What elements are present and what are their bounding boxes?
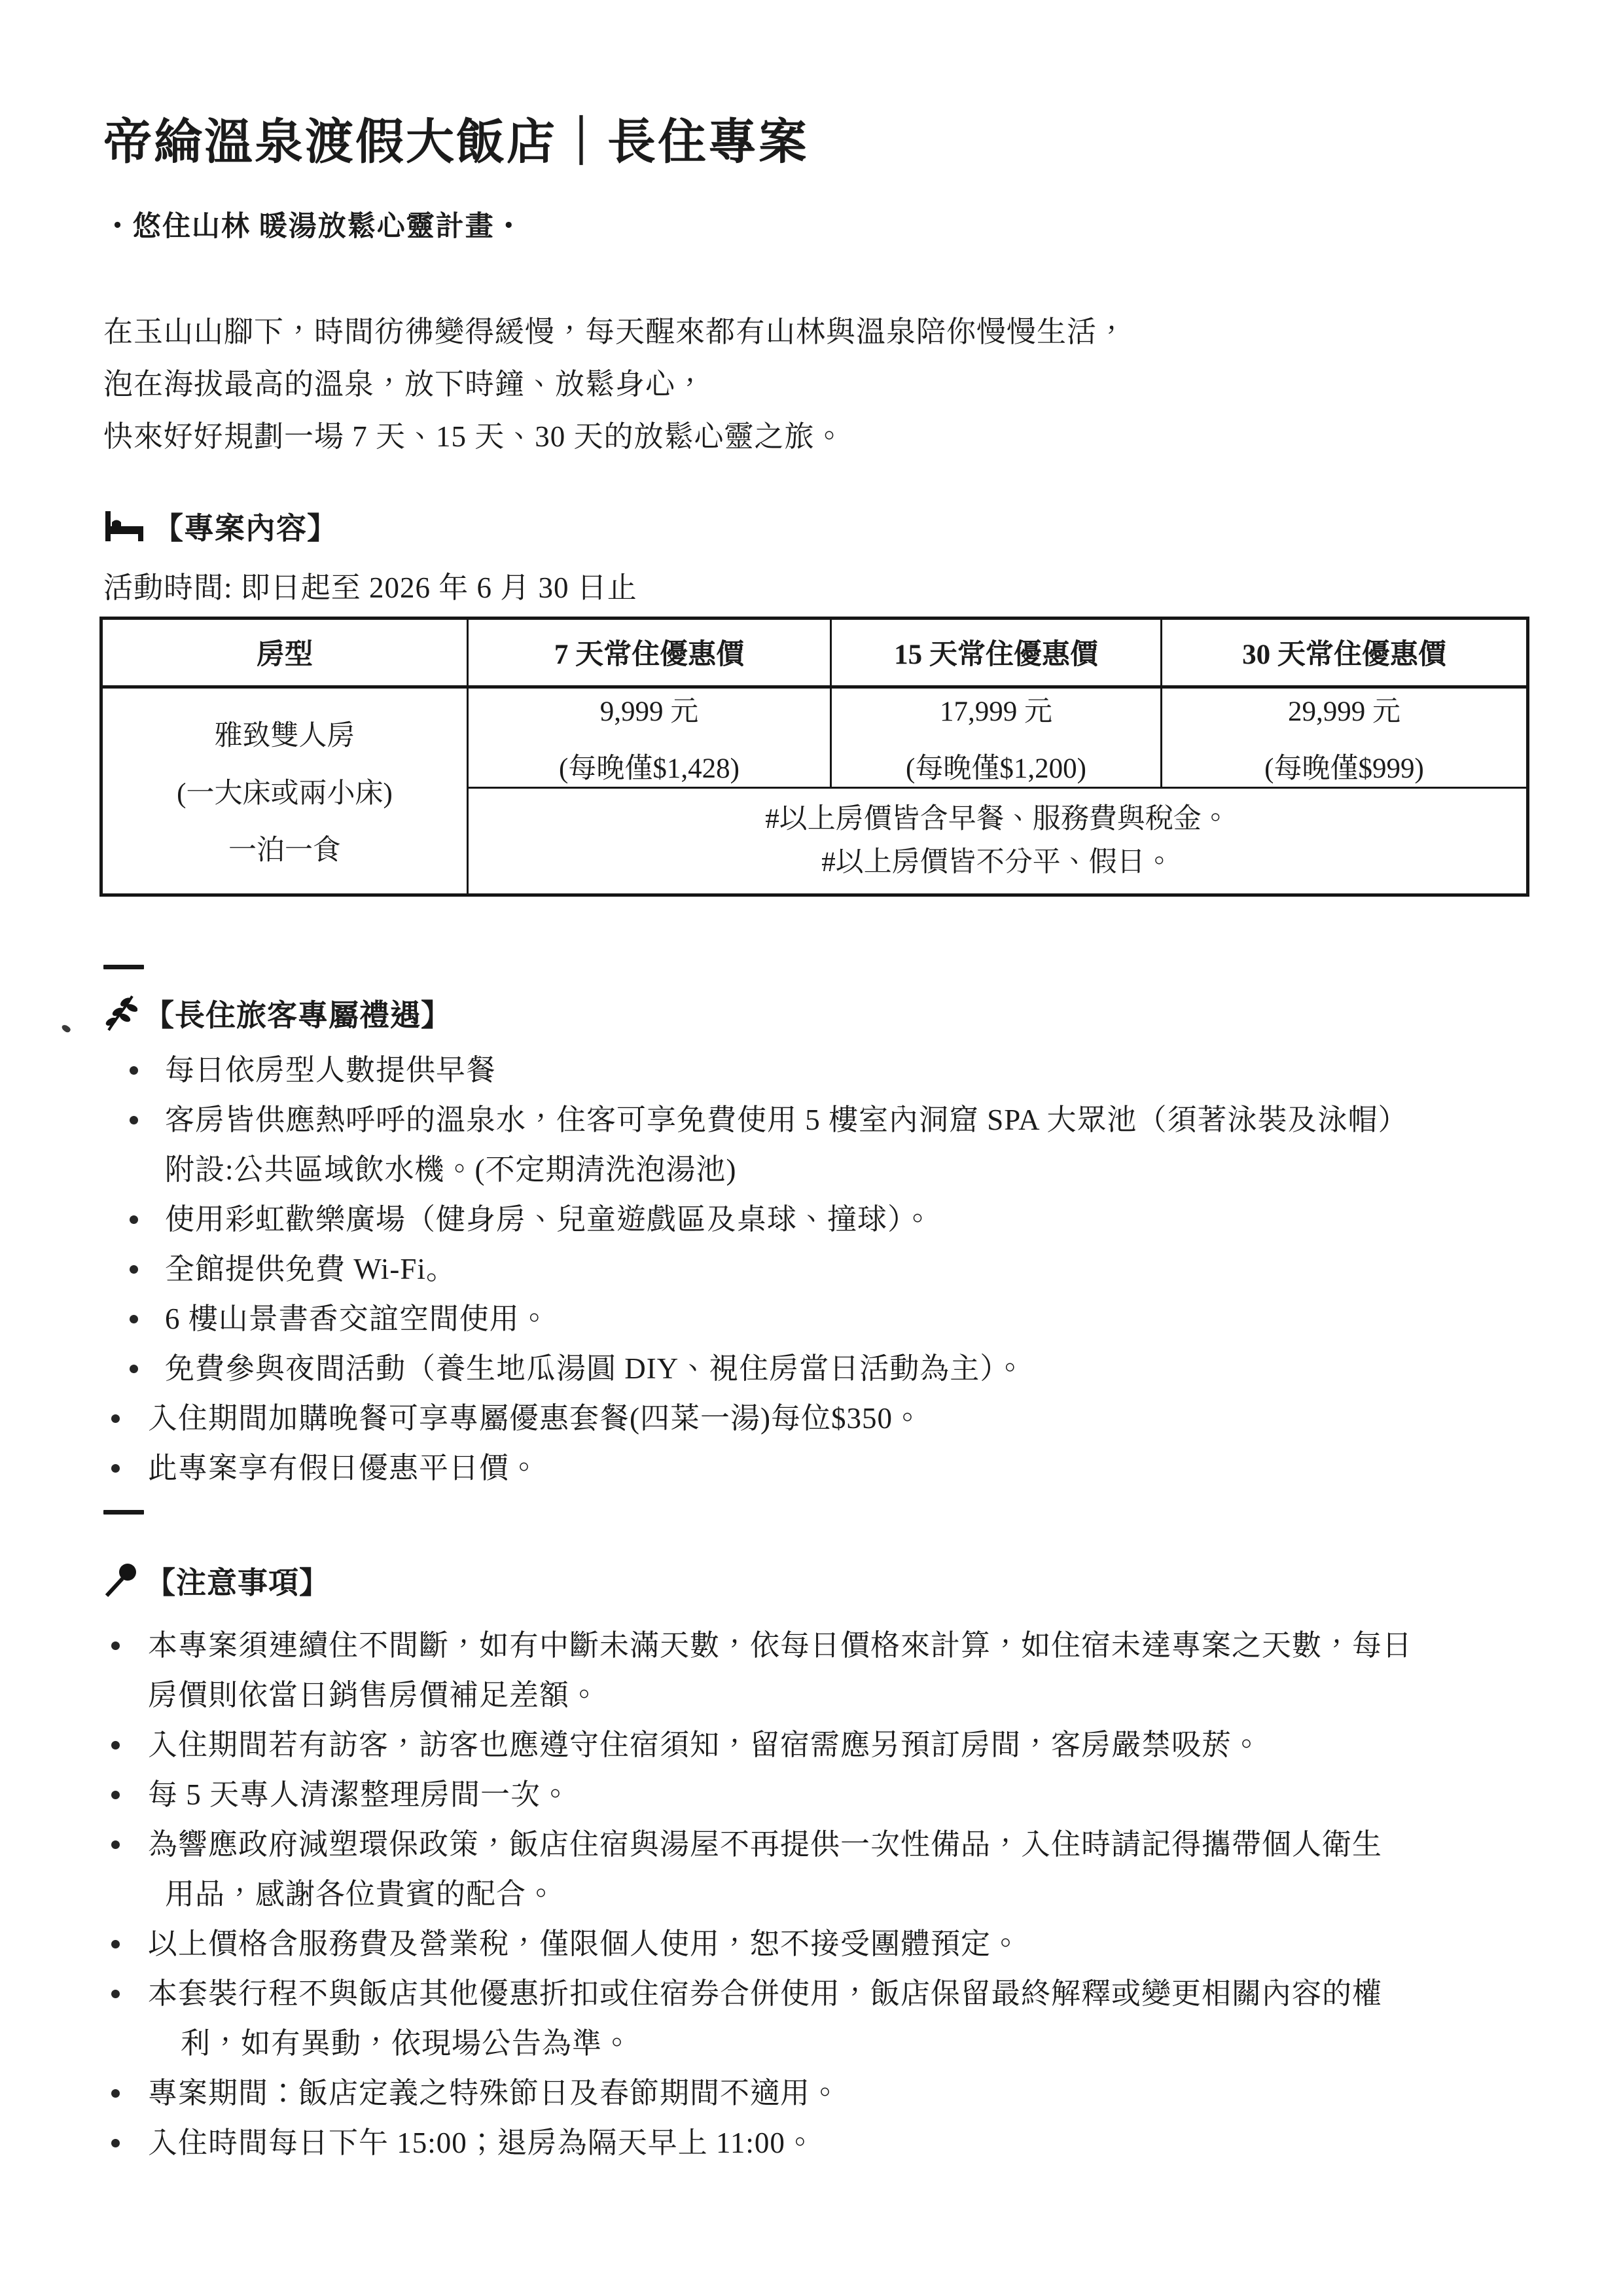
per-night-15day: (每晚僅$1,200) [906, 746, 1086, 786]
list-item: 以上價格含服務費及營業稅，僅限個人使用，恕不接受團體預定。 [103, 1919, 1525, 1969]
bullet-icon [130, 1365, 138, 1373]
bullet-icon [130, 1265, 138, 1274]
plan-section-heading: 【專案內容】 [103, 505, 1525, 548]
list-item: 此專案享有假日優惠平日價。 [103, 1443, 1525, 1493]
list-item: 使用彩虹歡樂廣場（健身房、兒童遊戲區及桌球、撞球）。 [103, 1194, 1525, 1244]
rate-table-header-row: 房型 7 天常住優惠價 15 天常住優惠價 30 天常住優惠價 [101, 618, 1528, 687]
list-item: 每日依房型人數提供早餐 [103, 1045, 1525, 1095]
bullet-icon [111, 1414, 120, 1423]
bullet-icon [111, 2139, 120, 2147]
section-divider [103, 1510, 144, 1515]
page-subtitle: ・悠住山林 暖湯放鬆心靈計畫・ [103, 204, 1525, 244]
list-item: 客房皆供應熱呼呼的溫泉水，住客可享免費使用 5 樓室內洞窟 SPA 大眾池（須著… [103, 1095, 1525, 1194]
price-15day: 17,999 元 [940, 689, 1052, 729]
list-item: 6 樓山景書香交誼空間使用。 [103, 1294, 1525, 1344]
bullet-icon [111, 2089, 120, 2098]
room-type-cell: 雅致雙人房 (一大床或兩小床) 一泊一食 [101, 687, 468, 895]
room-bed-config: (一大床或兩小床) [177, 771, 393, 811]
list-item: 專案期間：飯店定義之特殊節日及春節期間不適用。 [103, 2068, 1525, 2118]
col-header-7day: 7 天常住優惠價 [468, 618, 831, 687]
bullet-icon [130, 1116, 138, 1124]
bullet-icon [111, 1990, 120, 1998]
intro-line: 泡在海拔最高的溫泉，放下時鐘、放鬆身心， [103, 358, 1525, 410]
intro-paragraph: 在玉山山腳下，時間彷彿變得緩慢，每天醒來都有山林與溫泉陪你慢慢生活， 泡在海拔最… [103, 306, 1525, 463]
bullet-icon [130, 1215, 138, 1224]
list-item: 全館提供免費 Wi-Fi。 [103, 1244, 1525, 1294]
list-item: 為響應政府減塑環保政策，飯店住宿與湯屋不再提供一次性備品，入住時請記得攜帶個人衛… [103, 1820, 1525, 1919]
intro-line: 在玉山山腳下，時間彷彿變得緩慢，每天醒來都有山林與溫泉陪你慢慢生活， [103, 306, 1525, 358]
notes-section-title: 【注意事項】 [145, 1559, 330, 1602]
bullet-icon [130, 1066, 138, 1075]
price-30day: 29,999 元 [1288, 689, 1400, 729]
col-header-30day: 30 天常住優惠價 [1162, 618, 1528, 687]
herb-icon [103, 994, 137, 1033]
plan-section-title: 【專案內容】 [153, 505, 338, 548]
list-item: 入住期間加購晚餐可享專屬優惠套餐(四菜一湯)每位$350。 [103, 1393, 1525, 1443]
list-item: 免費參與夜間活動（養生地瓜湯圓 DIY、視住房當日活動為主）。 [103, 1344, 1525, 1393]
bullet-icon [111, 1840, 120, 1849]
rate-note: #以上房價皆含早餐、服務費與稅金。 [469, 798, 1526, 841]
room-name: 雅致雙人房 [215, 713, 355, 753]
perks-section-heading: 【長住旅客專屬禮遇】 [103, 992, 1525, 1035]
promo-period: 活動時間: 即日起至 2026 年 6 月 30 日止 [103, 564, 1525, 606]
list-item: 本專案須連續住不間斷，如有中斷未滿天數，依每日價格來計算，如住宿未達專案之天數，… [103, 1621, 1525, 1720]
rate-note: #以上房價皆不分平、假日。 [469, 841, 1526, 884]
bullet-icon [111, 1641, 120, 1650]
list-item: 本套裝行程不與飯店其他優惠折扣或住宿券合併使用，飯店保留最終解釋或變更相關內容的… [103, 1969, 1525, 2068]
per-night-30day: (每晚僅$999) [1264, 746, 1424, 786]
bullet-icon [111, 1791, 120, 1799]
bullet-icon [111, 1741, 120, 1749]
page-title: 帝綸溫泉渡假大飯店｜長住專案 [103, 118, 1525, 169]
notes-list: 本專案須連續住不間斷，如有中斷未滿天數，依每日價格來計算，如住宿未達專案之天數，… [103, 1621, 1525, 2168]
ink-speck [61, 1023, 72, 1033]
bed-icon [103, 509, 147, 543]
pin-icon [103, 1562, 139, 1599]
list-item: 每 5 天專人清潔整理房間一次。 [103, 1770, 1525, 1820]
col-header-room-type: 房型 [101, 618, 468, 687]
list-item: 入住時間每日下午 15:00；退房為隔天早上 11:00。 [103, 2118, 1525, 2168]
section-divider [103, 965, 144, 969]
bullet-icon [111, 1940, 120, 1948]
rate-table-price-row: 雅致雙人房 (一大床或兩小床) 一泊一食 9,999 元 (每晚僅$1,428)… [101, 687, 1528, 787]
notes-section-heading: 【注意事項】 [103, 1559, 1525, 1602]
room-meal-plan: 一泊一食 [228, 828, 341, 868]
price-cell-7day: 9,999 元 (每晚僅$1,428) [468, 687, 831, 787]
intro-line: 快來好好規劃一場 7 天、15 天、30 天的放鬆心靈之旅。 [103, 410, 1525, 463]
price-7day: 9,999 元 [600, 689, 699, 729]
perks-list: 每日依房型人數提供早餐 客房皆供應熱呼呼的溫泉水，住客可享免費使用 5 樓室內洞… [103, 1045, 1525, 1493]
per-night-7day: (每晚僅$1,428) [559, 746, 740, 786]
price-cell-30day: 29,999 元 (每晚僅$999) [1162, 687, 1528, 787]
perks-section-title: 【長住旅客專屬禮遇】 [144, 992, 452, 1035]
bullet-icon [111, 1464, 120, 1473]
price-cell-15day: 17,999 元 (每晚僅$1,200) [831, 687, 1162, 787]
bullet-icon [130, 1315, 138, 1323]
col-header-15day: 15 天常住優惠價 [831, 618, 1162, 687]
list-item: 入住期間若有訪客，訪客也應遵守住宿須知，留宿需應另預訂房間，客房嚴禁吸菸。 [103, 1720, 1525, 1770]
rate-notes-cell: #以上房價皆含早餐、服務費與稅金。 #以上房價皆不分平、假日。 [468, 787, 1528, 895]
scanned-document-page: 帝綸溫泉渡假大飯店｜長住專案 ・悠住山林 暖湯放鬆心靈計畫・ 在玉山山腳下，時間… [0, 0, 1623, 2296]
rate-table: 房型 7 天常住優惠價 15 天常住優惠價 30 天常住優惠價 雅致雙人房 (一… [99, 617, 1529, 897]
